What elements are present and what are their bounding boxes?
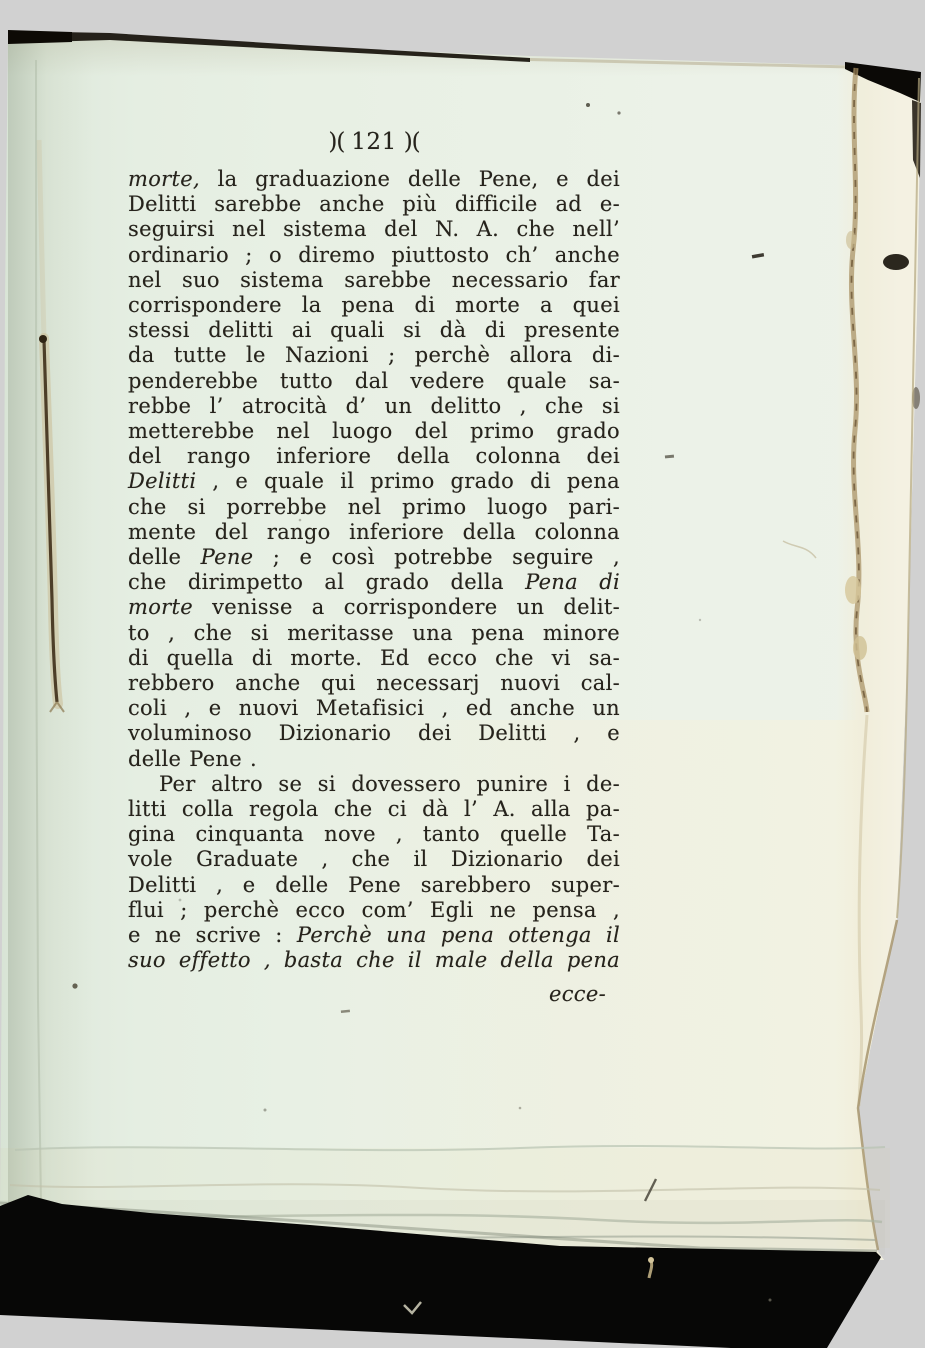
text-line: voluminoso Dizionario dei Delitti , e	[128, 721, 620, 746]
text-line: rebbero anche qui necessarj nuovi cal-	[128, 671, 620, 696]
text-block: )(121)( morte, la graduazione delle Pene…	[128, 127, 620, 1007]
italic-text: suo effetto , basta che il male della pe…	[128, 948, 620, 972]
paragraph-2: Per altro se si dovessero punire i de-li…	[128, 772, 620, 974]
text-line: penderebbe tutto dal vedere quale sa-	[128, 369, 620, 394]
roman-text: seguirsi nel sistema del N. A. che nell’	[128, 217, 620, 241]
text-line: delle Pene .	[128, 747, 620, 772]
text-line: Delitti , e delle Pene sarebbero super-	[128, 873, 620, 898]
roman-text: Delitti sarebbe anche più difficile ad e…	[128, 192, 620, 216]
roman-text: stessi delitti ai quali si dà di present…	[128, 318, 620, 342]
roman-text: corrispondere la pena di morte a quei	[128, 293, 620, 317]
italic-text: Delitti	[128, 469, 196, 493]
text-line: suo effetto , basta che il male della pe…	[128, 948, 620, 973]
roman-text: Delitti , e delle Pene sarebbero super-	[128, 873, 620, 897]
text-line: che dirimpetto al grado della Pena di	[128, 570, 620, 595]
roman-text: che dirimpetto al grado della	[128, 570, 525, 594]
torn-edge-strip	[836, 56, 925, 1262]
roman-text: , e quale il primo grado di pena	[196, 469, 620, 493]
text-line: litti colla regola che ci dà l’ A. alla …	[128, 797, 620, 822]
catchword: ecce-	[128, 982, 620, 1007]
text-line: da tutte le Nazioni ; perchè allora di-	[128, 343, 620, 368]
text-line: coli , e nuovi Metafisici , ed anche un	[128, 696, 620, 721]
page-header: )(121)(	[128, 127, 620, 157]
roman-text: rebbe l’ atrocità d’ un delitto , che si	[128, 394, 620, 418]
text-line: metterebbe nel luogo del primo grado	[128, 419, 620, 444]
italic-text: Pena di	[525, 570, 620, 594]
roman-text: del rango inferiore della colonna dei	[128, 444, 620, 468]
paragraph-1: morte, la graduazione delle Pene, e deiD…	[128, 167, 620, 772]
text-line: nel suo sistema sarebbe necessario far	[128, 268, 620, 293]
roman-text: nel suo sistema sarebbe necessario far	[128, 268, 620, 292]
text-line: Delitti , e quale il primo grado di pena	[128, 469, 620, 494]
roman-text: delle Pene .	[128, 747, 257, 771]
roman-text: mente del rango inferiore della colonna	[128, 520, 620, 544]
text-line: seguirsi nel sistema del N. A. che nell’	[128, 217, 620, 242]
text-line: di quella di morte. Ed ecco che vi sa-	[128, 646, 620, 671]
roman-text: to , che si meritasse una pena minore	[128, 621, 620, 645]
text-line: gina cinquanta nove , tanto quelle Ta-	[128, 822, 620, 847]
roman-text: venisse a corrispondere un delit-	[193, 595, 620, 619]
page-number: 121	[351, 129, 396, 155]
italic-text: Pene	[201, 545, 254, 569]
text-line: che si porrebbe nel primo luogo pari-	[128, 495, 620, 520]
header-ornament-left: )(	[328, 129, 344, 155]
roman-text: metterebbe nel luogo del primo grado	[128, 419, 620, 443]
roman-text: flui ; perchè ecco com’ Egli ne pensa ,	[128, 898, 620, 922]
text-line: corrispondere la pena di morte a quei	[128, 293, 620, 318]
text-line: to , che si meritasse una pena minore	[128, 621, 620, 646]
italic-text: morte	[128, 595, 193, 619]
roman-text: rebbero anche qui necessarj nuovi cal-	[128, 671, 620, 695]
book-page-scan: )(121)( morte, la graduazione delle Pene…	[0, 0, 925, 1348]
header-ornament-right: )(	[404, 129, 420, 155]
roman-text: vole Graduate , che il Dizionario dei	[128, 847, 620, 871]
roman-text: la graduazione delle Pene, e dei	[200, 167, 620, 191]
roman-text: gina cinquanta nove , tanto quelle Ta-	[128, 822, 620, 846]
roman-text: ; e così potrebbe seguire ,	[253, 545, 620, 569]
roman-text: delle	[128, 545, 201, 569]
roman-text: litti colla regola che ci dà l’ A. alla …	[128, 797, 620, 821]
text-line: stessi delitti ai quali si dà di present…	[128, 318, 620, 343]
text-line: Delitti sarebbe anche più difficile ad e…	[128, 192, 620, 217]
text-line: vole Graduate , che il Dizionario dei	[128, 847, 620, 872]
roman-text: di quella di morte. Ed ecco che vi sa-	[128, 646, 620, 670]
text-line: rebbe l’ atrocità d’ un delitto , che si	[128, 394, 620, 419]
text-line: morte, la graduazione delle Pene, e dei	[128, 167, 620, 192]
roman-text: voluminoso Dizionario dei Delitti , e	[128, 721, 620, 745]
roman-text: da tutte le Nazioni ; perchè allora di-	[128, 343, 620, 367]
text-line: morte venisse a corrispondere un delit-	[128, 595, 620, 620]
italic-text: morte,	[128, 167, 200, 191]
text-line: Per altro se si dovessero punire i de-	[128, 772, 620, 797]
roman-text: e ne scrive :	[128, 923, 297, 947]
roman-text: penderebbe tutto dal vedere quale sa-	[128, 369, 620, 393]
roman-text: ordinario ; o diremo piuttosto ch’ anche	[128, 243, 620, 267]
binding-gutter-shadow	[8, 30, 94, 1230]
text-line: delle Pene ; e così potrebbe seguire ,	[128, 545, 620, 570]
roman-text: Per altro se si dovessero punire i de-	[159, 772, 620, 796]
roman-text: coli , e nuovi Metafisici , ed anche un	[128, 696, 620, 720]
text-line: mente del rango inferiore della colonna	[128, 520, 620, 545]
text-line: ordinario ; o diremo piuttosto ch’ anche	[128, 243, 620, 268]
roman-text: che si porrebbe nel primo luogo pari-	[128, 495, 620, 519]
italic-text: Perchè una pena ottenga il	[297, 923, 620, 947]
text-line: del rango inferiore della colonna dei	[128, 444, 620, 469]
top-edge-shade	[0, 30, 925, 76]
text-line: e ne scrive : Perchè una pena ottenga il	[128, 923, 620, 948]
scan-backdrop: { "colors": { "backdrop": "#d1d1d1", "pa…	[0, 0, 925, 1348]
text-line: flui ; perchè ecco com’ Egli ne pensa ,	[128, 898, 620, 923]
